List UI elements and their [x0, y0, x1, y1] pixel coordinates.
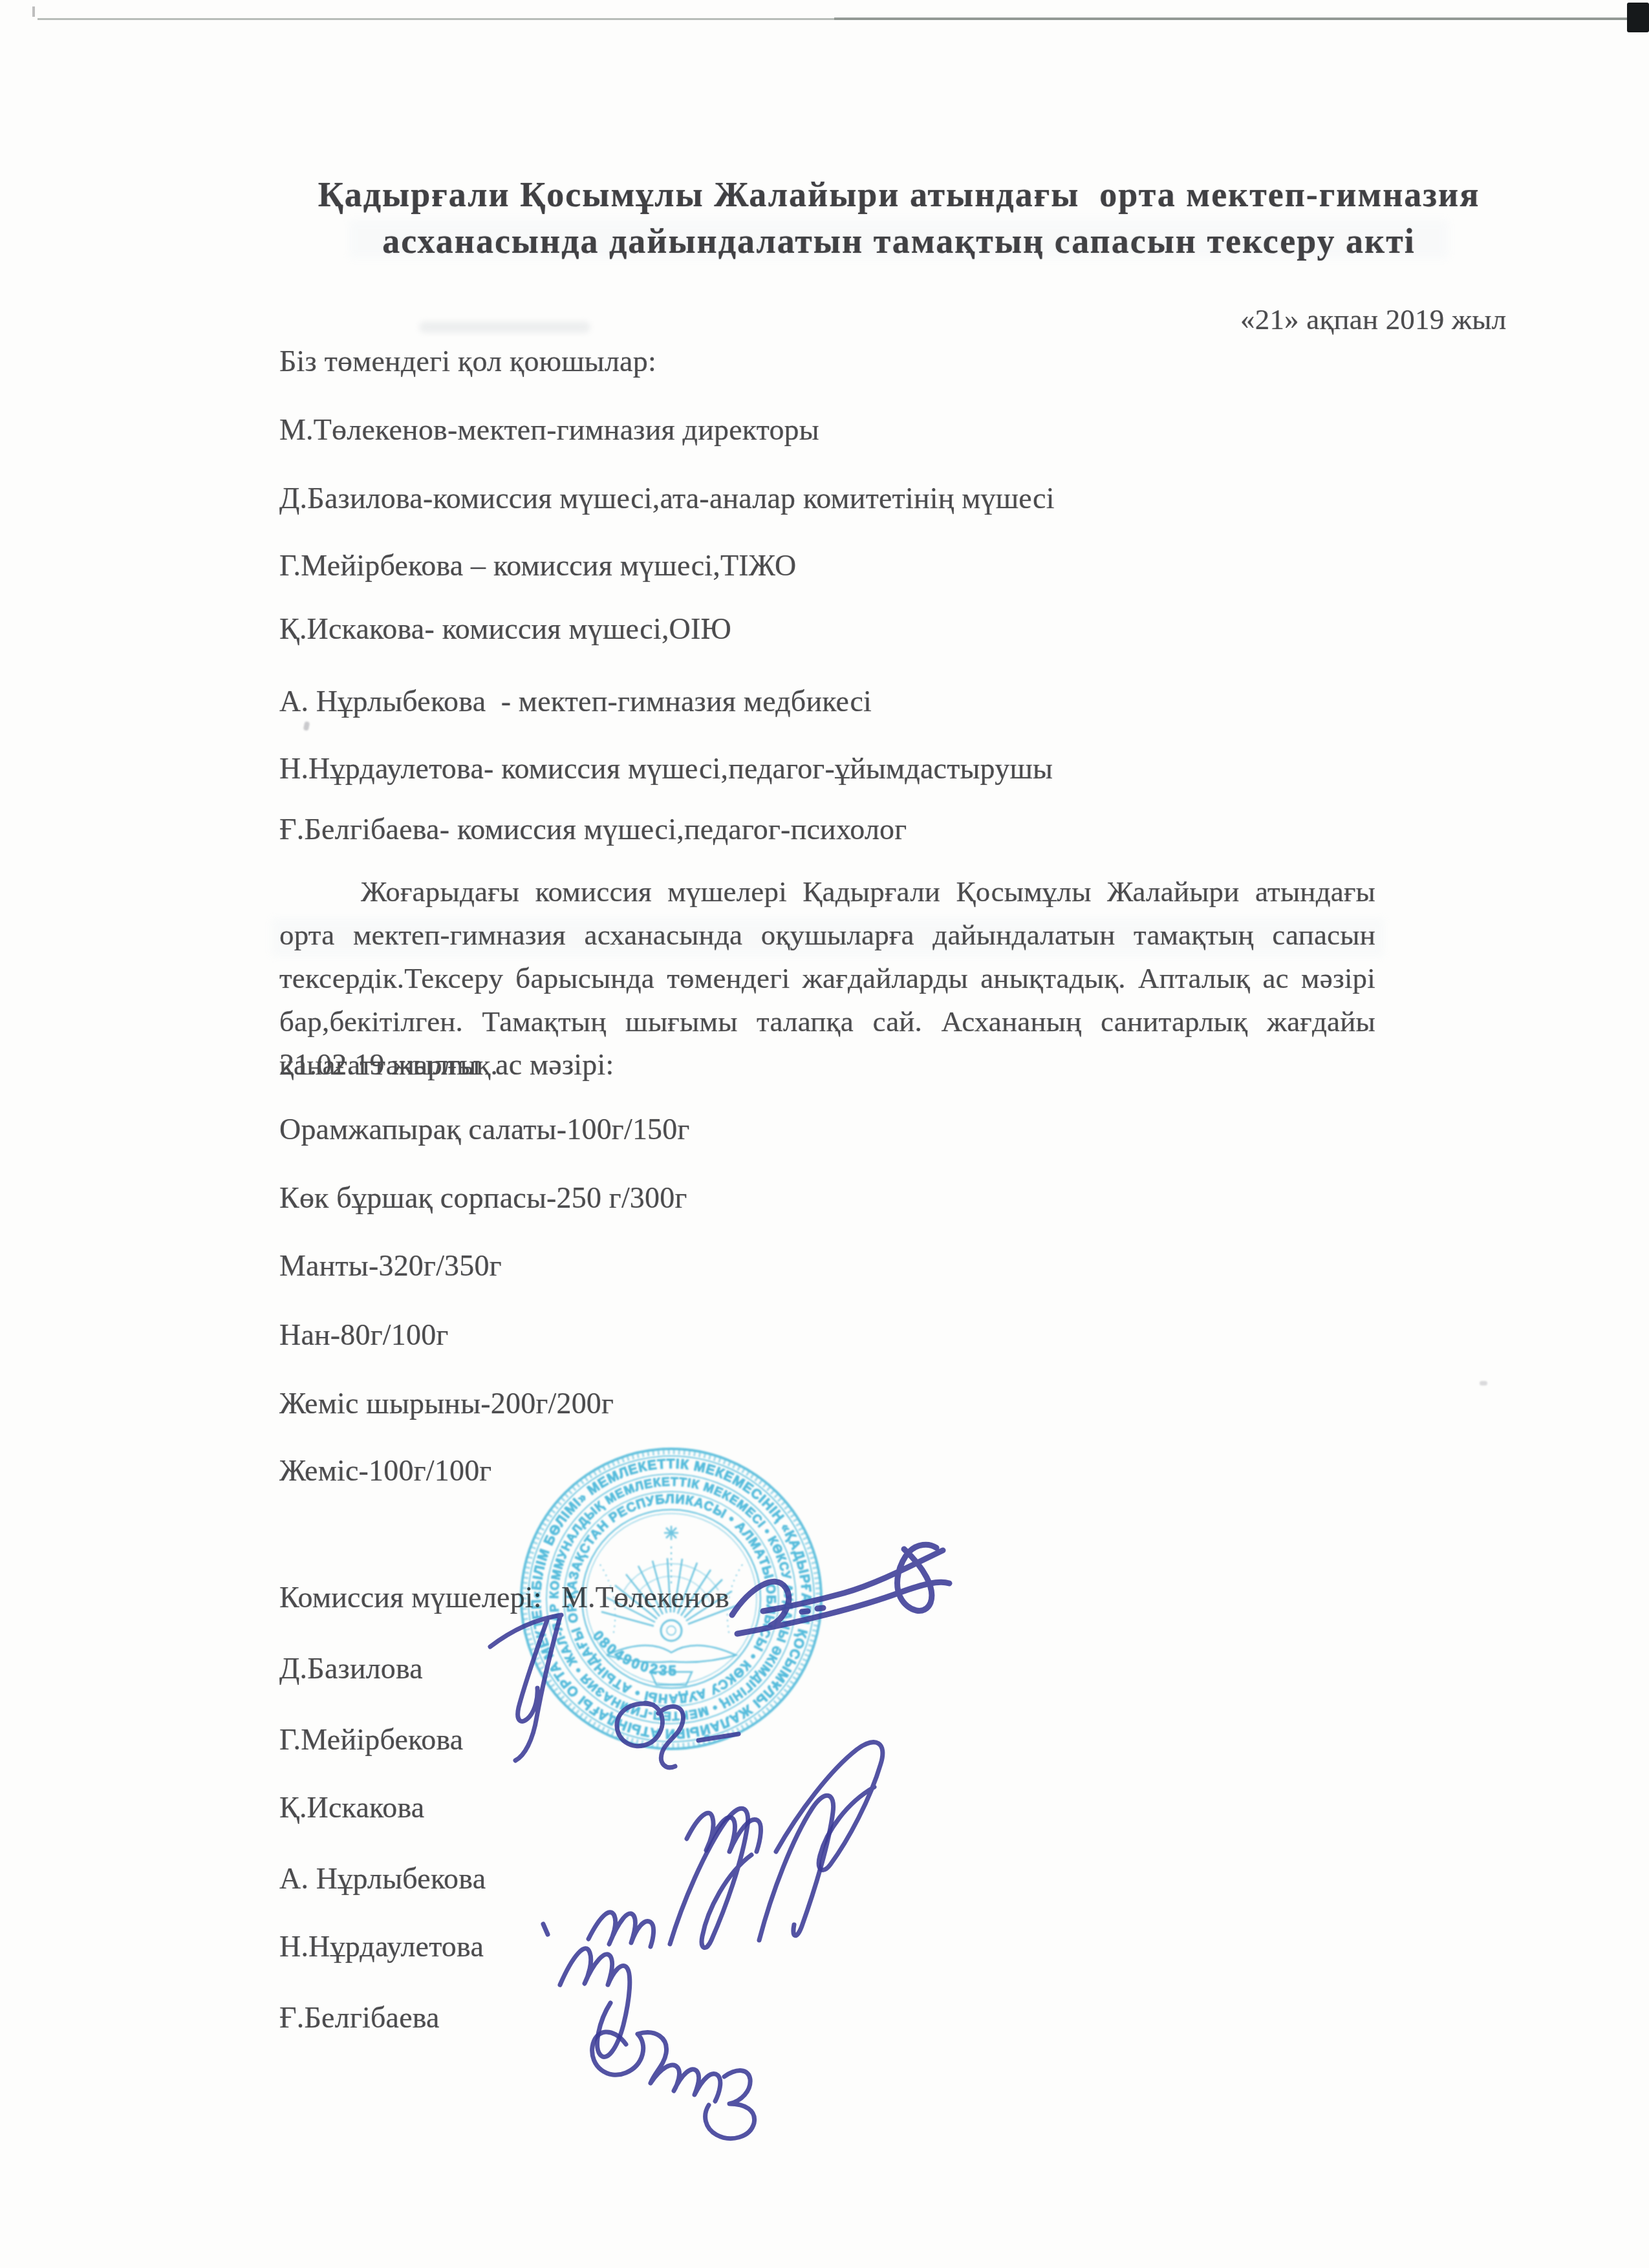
signature-meyirbekova [617, 1703, 738, 1768]
signer-line: Д.Базилова-комиссия мүшесі,ата-аналар ко… [279, 482, 1055, 515]
commission-member-name: Д.Базилова [279, 1653, 423, 1685]
document-title-line1: Қадырғали Қосымұлы Жалайыри атындағы орт… [204, 175, 1594, 215]
menu-item: Жеміс-100г/100г [279, 1455, 491, 1488]
signer-line: Н.Нұрдаулетова- комиссия мүшесі,педагог-… [279, 753, 1053, 786]
scan-artifact-corner-blob [1627, 3, 1649, 32]
signer-line: Қ.Искакова- комиссия мүшесі,ОІЮ [279, 613, 731, 646]
scan-artifact-smear [419, 321, 590, 333]
menu-item: Манты-320г/350г [279, 1250, 502, 1283]
commission-member-name: А. Нұрлыбекова [279, 1863, 486, 1896]
menu-item: Нан-80г/100г [279, 1319, 449, 1352]
signer-line: Ғ.Белгібаева- комиссия мүшесі,педагог-пс… [279, 813, 907, 846]
signature-tolekenov [732, 1545, 949, 1634]
signature-bazilova [490, 1615, 561, 1760]
document-title-line2: асханасында дайындалатын тамақтың сапасы… [204, 221, 1594, 261]
signer-line: Г.Мейірбекова – комиссия мүшесі,ТІЖО [279, 550, 796, 583]
commission-member-name: М.Төлекенов [561, 1581, 729, 1614]
scan-artifact-hairline-dark [834, 17, 1649, 20]
scanned-document-page: Қадырғали Қосымұлы Жалайыри атындағы орт… [0, 0, 1649, 2268]
stamp-registration-number: 0804900235 [590, 1627, 678, 1678]
scan-artifact-tick [32, 6, 35, 17]
menu-heading: 21.02.19 жылғы ас мәзірі: [279, 1049, 614, 1082]
commission-label: Комиссия мүшелері: [279, 1581, 542, 1614]
commission-member-name: Қ.Искакова [279, 1792, 424, 1824]
signature-iskakova [687, 1742, 883, 1870]
svg-text:0804900235: 0804900235 [590, 1627, 678, 1678]
signature-nurlybekova [588, 1795, 834, 1947]
signature-belgibaeva [592, 2032, 755, 2139]
signature-nurdauletova [543, 1924, 630, 2057]
menu-item: Көк бұршақ сорпасы-250 г/300г [279, 1182, 687, 1215]
intro-line: Біз төмендегі қол қоюшылар: [279, 345, 656, 378]
commission-member-name: Ғ.Белгібаева [279, 2002, 440, 2035]
stamp-and-signatures-overlay: «БІЛІМ БӨЛІМІ» МЕМЛЕКЕТТІК МЕКЕМЕСІНІҢ «… [0, 0, 1649, 2268]
signer-line: М.Төлекенов-мектеп-гимназия директоры [279, 414, 819, 447]
document-date: «21» ақпан 2019 жыл [1240, 304, 1506, 336]
commission-member-name: Н.Нұрдаулетова [279, 1931, 484, 1963]
commission-member-name: Г.Мейірбекова [279, 1724, 463, 1757]
menu-item: Орамжапырақ салаты-100г/150г [279, 1113, 690, 1146]
scan-artifact-speck [303, 721, 310, 731]
scan-artifact-speck [1480, 1381, 1487, 1385]
signer-line: А. Нұрлыбекова - мектеп-гимназия медбике… [279, 685, 872, 718]
menu-item: Жеміс шырыны-200г/200г [279, 1387, 614, 1420]
